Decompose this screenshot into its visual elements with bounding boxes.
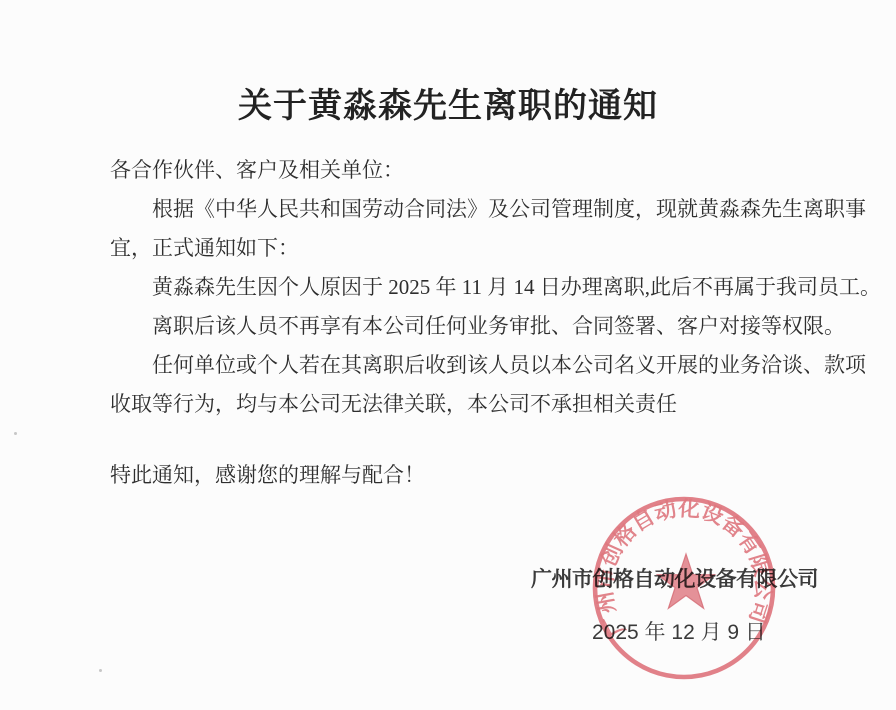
scan-speck: [14, 432, 17, 435]
scanned-notice-page: { "page": { "title": "关于黄淼森先生离职的通知" }, "…: [0, 0, 896, 710]
signature-date: 2025 年 12 月 9 日: [592, 616, 766, 646]
body-line: 任何单位或个人若在其离职后收到该人员以本公司名义开展的业务洽谈、款项: [110, 346, 840, 385]
body-line: 离职后该人员不再享有本公司任何业务审批、合同签署、客户对接等权限。: [110, 307, 840, 346]
page-title: 关于黄淼森先生离职的通知: [0, 78, 896, 127]
notice-body: 各合作伙伴、客户及相关单位： 根据《中华人民共和国劳动合同法》及公司管理制度，现…: [110, 151, 840, 495]
body-line: 根据《中华人民共和国劳动合同法》及公司管理制度，现就黄淼森先生离职事: [110, 190, 840, 229]
scan-speck: [99, 669, 102, 672]
body-line: 黄淼森先生因个人原因于 2025 年 11 月 14 日办理离职,此后不再属于我…: [110, 268, 840, 307]
signature-company-name: 广州市创格自动化设备有限公司: [531, 563, 818, 593]
salutation-line: 各合作伙伴、客户及相关单位：: [110, 151, 840, 190]
body-line: 收取等行为，均与本公司无法律关联，本公司不承担相关责任: [110, 385, 840, 424]
closing-line: 特此通知，感谢您的理解与配合！: [110, 456, 840, 495]
body-line: 宜，正式通知如下：: [110, 229, 840, 268]
